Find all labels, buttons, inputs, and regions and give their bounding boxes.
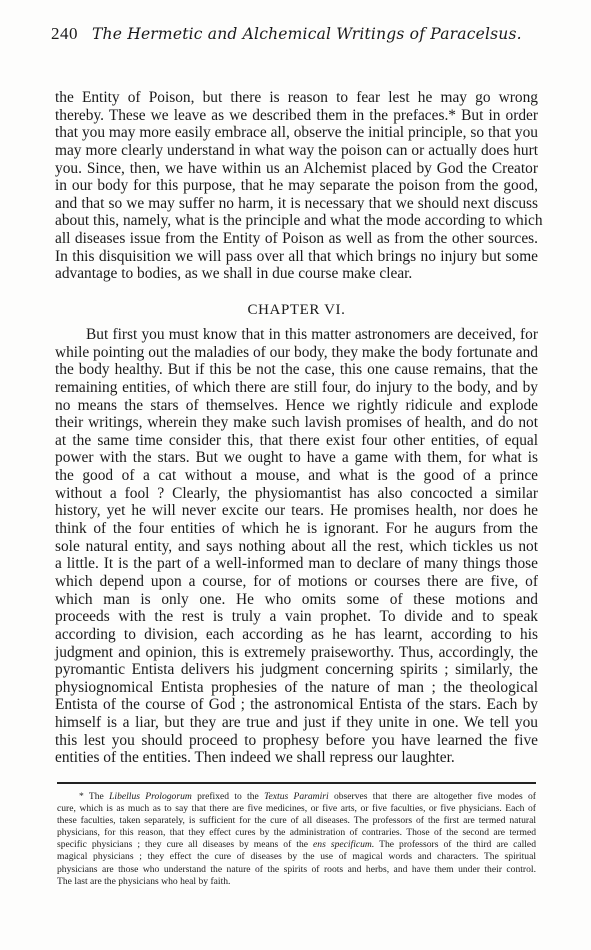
- text-line: judgment and opinion, this is extremely …: [55, 644, 538, 662]
- running-head-title: The Hermetic and Alchemical Writings of …: [92, 25, 522, 43]
- text-line: In this disquisition we will pass over a…: [55, 248, 538, 266]
- text-line: advantage to bodies, as we shall in due …: [55, 265, 538, 283]
- text-line: himself is a liar, but they are true and…: [55, 714, 538, 732]
- text-line: physiognomical Entista prophesies of the…: [55, 679, 538, 697]
- footnote-text: specific physicians ; they cure all dise…: [57, 839, 313, 850]
- text-line: the good of a cat without a mouse, and w…: [55, 467, 538, 485]
- text-line: pyromantic Entista delivers his judgment…: [55, 661, 538, 679]
- text-line: remaining entities, of which there are s…: [55, 379, 538, 397]
- text-line: the Entity of Poison, but there is reaso…: [55, 89, 538, 107]
- text-line: without a fool ? Clearly, the physiomant…: [55, 485, 538, 503]
- footnote-text: * The: [79, 791, 109, 802]
- footnote-text: observes that there are altogether five …: [329, 791, 536, 802]
- running-head: 240 The Hermetic and Alchemical Writings…: [51, 24, 551, 46]
- text-line: no means the stars of themselves. Hence …: [55, 397, 538, 415]
- footnote-text: The professors of the third are called: [374, 839, 536, 850]
- footnote-line: magical physicians ; they effect the cur…: [57, 851, 536, 863]
- text-line: Entista of the course of God ; the astro…: [55, 696, 538, 714]
- book-page: 240 The Hermetic and Alchemical Writings…: [0, 0, 591, 950]
- text-line: that you may more easily embrace all, ob…: [55, 124, 538, 142]
- body-text-before-chapter: the Entity of Poison, but there is reaso…: [55, 89, 538, 283]
- page-number: 240: [51, 24, 78, 43]
- text-line: which man is only one. He who omits some…: [55, 591, 538, 609]
- text-line: which depend upon a course, for of motio…: [55, 573, 538, 591]
- text-line: you. Since, then, we have within us an A…: [55, 160, 538, 178]
- text-line: all diseases issue from the Entity of Po…: [55, 230, 538, 248]
- chapter-heading: CHAPTER VI.: [55, 302, 538, 319]
- text-line: the body healthy. But if this be not the…: [55, 361, 538, 379]
- footnote-line: * The Libellus Prologorum prefixed to th…: [57, 791, 536, 803]
- work-title-libellus-prologorum: Libellus Prologorum: [109, 791, 192, 802]
- text-line: entities of the entities. Then indeed we…: [55, 749, 538, 767]
- text-line: think of the four entities of which he i…: [55, 520, 538, 538]
- footnote: * The Libellus Prologorum prefixed to th…: [57, 791, 536, 888]
- text-line: in our body for this purpose, that he ma…: [55, 177, 538, 195]
- footnote-line: these faculties, taken separately, is su…: [57, 815, 536, 827]
- footnote-text: prefixed to the: [192, 791, 264, 802]
- text-line: sole natural entity, and says nothing ab…: [55, 538, 538, 556]
- text-line: a little. It is the part of a well-infor…: [55, 555, 538, 573]
- work-title-textus-paramiri: Textus Paramiri: [264, 791, 329, 802]
- text-line: may more clearly understand in what way …: [55, 142, 538, 160]
- body-text-chapter-vi: But first you must know that in this mat…: [55, 326, 538, 767]
- term-ens-specificum: ens specificum.: [313, 839, 374, 850]
- text-line: about this, namely, what is the principl…: [55, 212, 538, 230]
- text-line: their writings, wherein they make such l…: [55, 414, 538, 432]
- text-line: and that so we may suffer no harm, it is…: [55, 195, 538, 213]
- footnote-line: The last are the physicians who heal by …: [57, 876, 536, 888]
- footnote-line: physicians, for this reason, that they e…: [57, 827, 536, 839]
- text-line: this lest you should proceed to prophesy…: [55, 732, 538, 750]
- text-line: But first you must know that in this mat…: [55, 326, 538, 344]
- text-line: thereby. These we leave as we described …: [55, 107, 538, 125]
- footnote-divider: [57, 782, 536, 784]
- text-line: while pointing out the maladies of our b…: [55, 344, 538, 362]
- footnote-line: cure, which is as much as to say that th…: [57, 803, 536, 815]
- text-line: at the same time consider this, that the…: [55, 432, 538, 450]
- text-line: history, yet he will never excite our te…: [55, 502, 538, 520]
- text-line: proceeds with the rest is truly a vain p…: [55, 608, 538, 626]
- footnote-line: physicians are those who understand the …: [57, 864, 536, 876]
- text-line: according to division, each according as…: [55, 626, 538, 644]
- footnote-line: specific physicians ; they cure all dise…: [57, 839, 536, 851]
- text-line: power with the stars. But we ought to ha…: [55, 449, 538, 467]
